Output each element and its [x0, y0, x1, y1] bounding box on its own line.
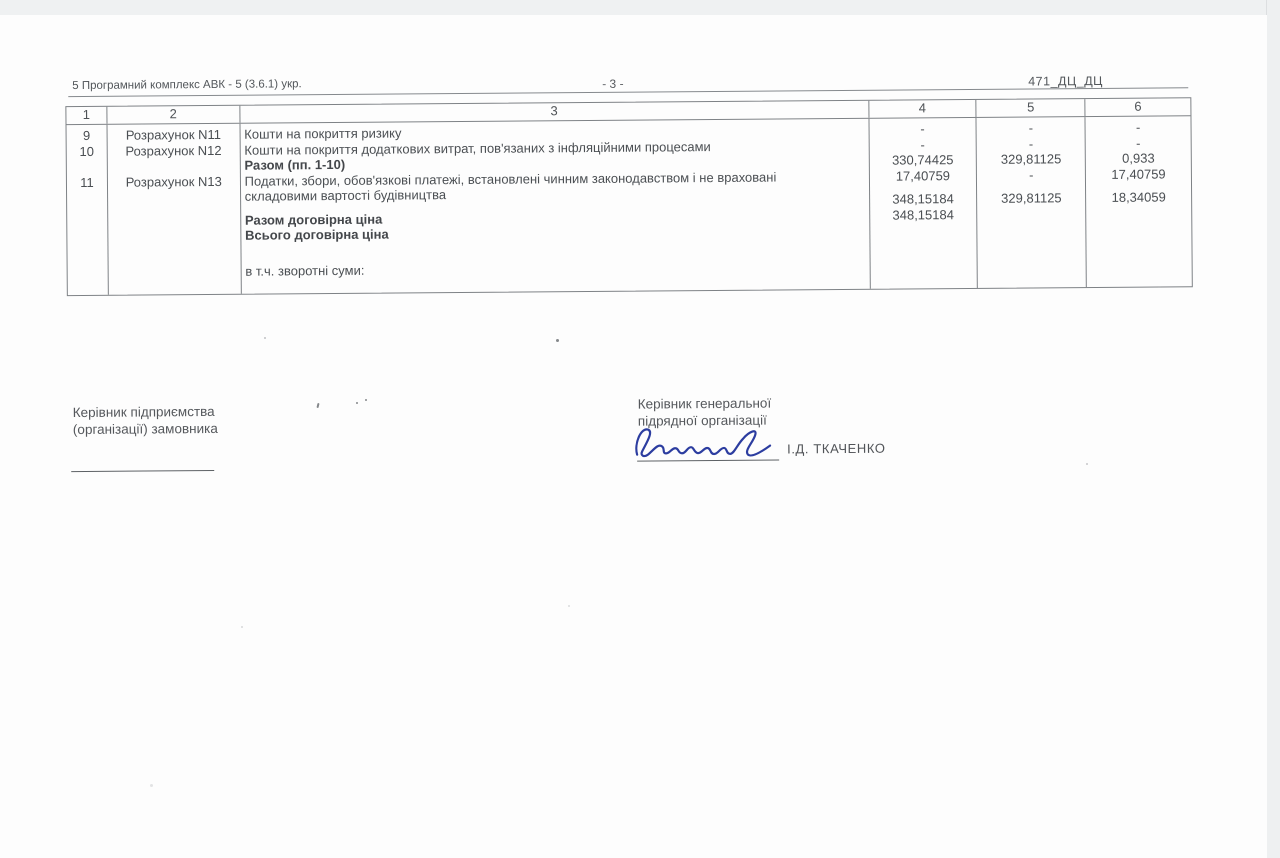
calc-ref: Розрахунок N11 — [107, 127, 239, 144]
customer-signature-block: Керівник підприємства (організації) замо… — [73, 404, 218, 438]
doc-code: 471_ДЦ_ДЦ — [1028, 74, 1103, 89]
customer-title-line2: (організації) замовника — [73, 420, 218, 438]
scan-speck — [264, 337, 266, 339]
scan-speck — [556, 339, 559, 342]
table-body-row: 9 10 11 Розрахунок N11 Розрахунок N12 Ро… — [67, 116, 1192, 295]
value-cell: - — [977, 136, 1085, 152]
value-cell: 329,81125 — [977, 151, 1085, 167]
value-cell: - — [977, 120, 1085, 136]
scan-speck — [1086, 463, 1088, 465]
calc-ref: Розрахунок N13 — [108, 173, 240, 190]
value-cell: - — [869, 136, 976, 152]
item-number: 11 — [67, 174, 107, 190]
column-item-numbers: 9 10 11 — [67, 125, 108, 295]
value-cell: - — [977, 167, 1085, 183]
document-content: 5 Програмний комплекс АВК - 5 (3.6.1) ук… — [0, 6, 1271, 858]
column-descriptions: Кошти на покриття ризику Кошти на покрит… — [239, 119, 869, 294]
column-header-4: 4 — [868, 100, 976, 118]
item-number: 9 — [67, 128, 107, 144]
value-cell: 17,40759 — [869, 167, 976, 183]
column-values-6: - - 0,933 17,40759 18,34059 — [1085, 116, 1192, 287]
scan-speck — [241, 626, 243, 628]
cost-table: 1 2 3 4 5 6 9 10 11 Розрахунок N11 — [65, 97, 1192, 296]
scan-speck — [150, 784, 153, 787]
column-calculation-refs: Розрахунок N11 Розрахунок N12 Розрахунок… — [106, 124, 240, 295]
column-header-2: 2 — [106, 106, 239, 124]
customer-signature-line — [71, 470, 214, 472]
item-number: 10 — [67, 143, 107, 159]
contractor-name: І.Д. ТКАЧЕНКО — [787, 441, 886, 457]
scan-speck — [568, 605, 570, 607]
page-number: - 3 - — [602, 77, 623, 91]
value-cell: 330,74425 — [869, 152, 976, 168]
value-cell: - — [1086, 135, 1191, 151]
column-header-6: 6 — [1085, 98, 1191, 116]
column-header-1: 1 — [66, 107, 106, 124]
scan-speck — [356, 402, 358, 404]
value-cell: 329,81125 — [977, 190, 1085, 206]
customer-title-line1: Керівник підприємства — [73, 404, 218, 422]
value-cell: 348,15184 — [870, 206, 977, 222]
value-cell: 0,933 — [1086, 150, 1191, 166]
value-cell: 348,15184 — [870, 191, 977, 207]
document-page: 5 Програмний комплекс АВК - 5 (3.6.1) ук… — [0, 15, 1267, 858]
value-cell: - — [1086, 119, 1191, 135]
value-cell: - — [869, 121, 976, 137]
column-header-5: 5 — [976, 99, 1085, 117]
scan-speck — [365, 399, 367, 401]
value-cell: 17,40759 — [1086, 166, 1191, 182]
calc-ref: Розрахунок N12 — [108, 142, 240, 159]
value-cell: 18,34059 — [1086, 189, 1191, 205]
program-label: 5 Програмний комплекс АВК - 5 (3.6.1) ук… — [72, 78, 302, 92]
contractor-title-line1: Керівник генеральної — [638, 396, 772, 414]
column-values-5: - - 329,81125 - 329,81125 — [976, 117, 1086, 288]
column-values-4: - - 330,74425 17,40759 348,15184 348,151… — [868, 118, 977, 289]
